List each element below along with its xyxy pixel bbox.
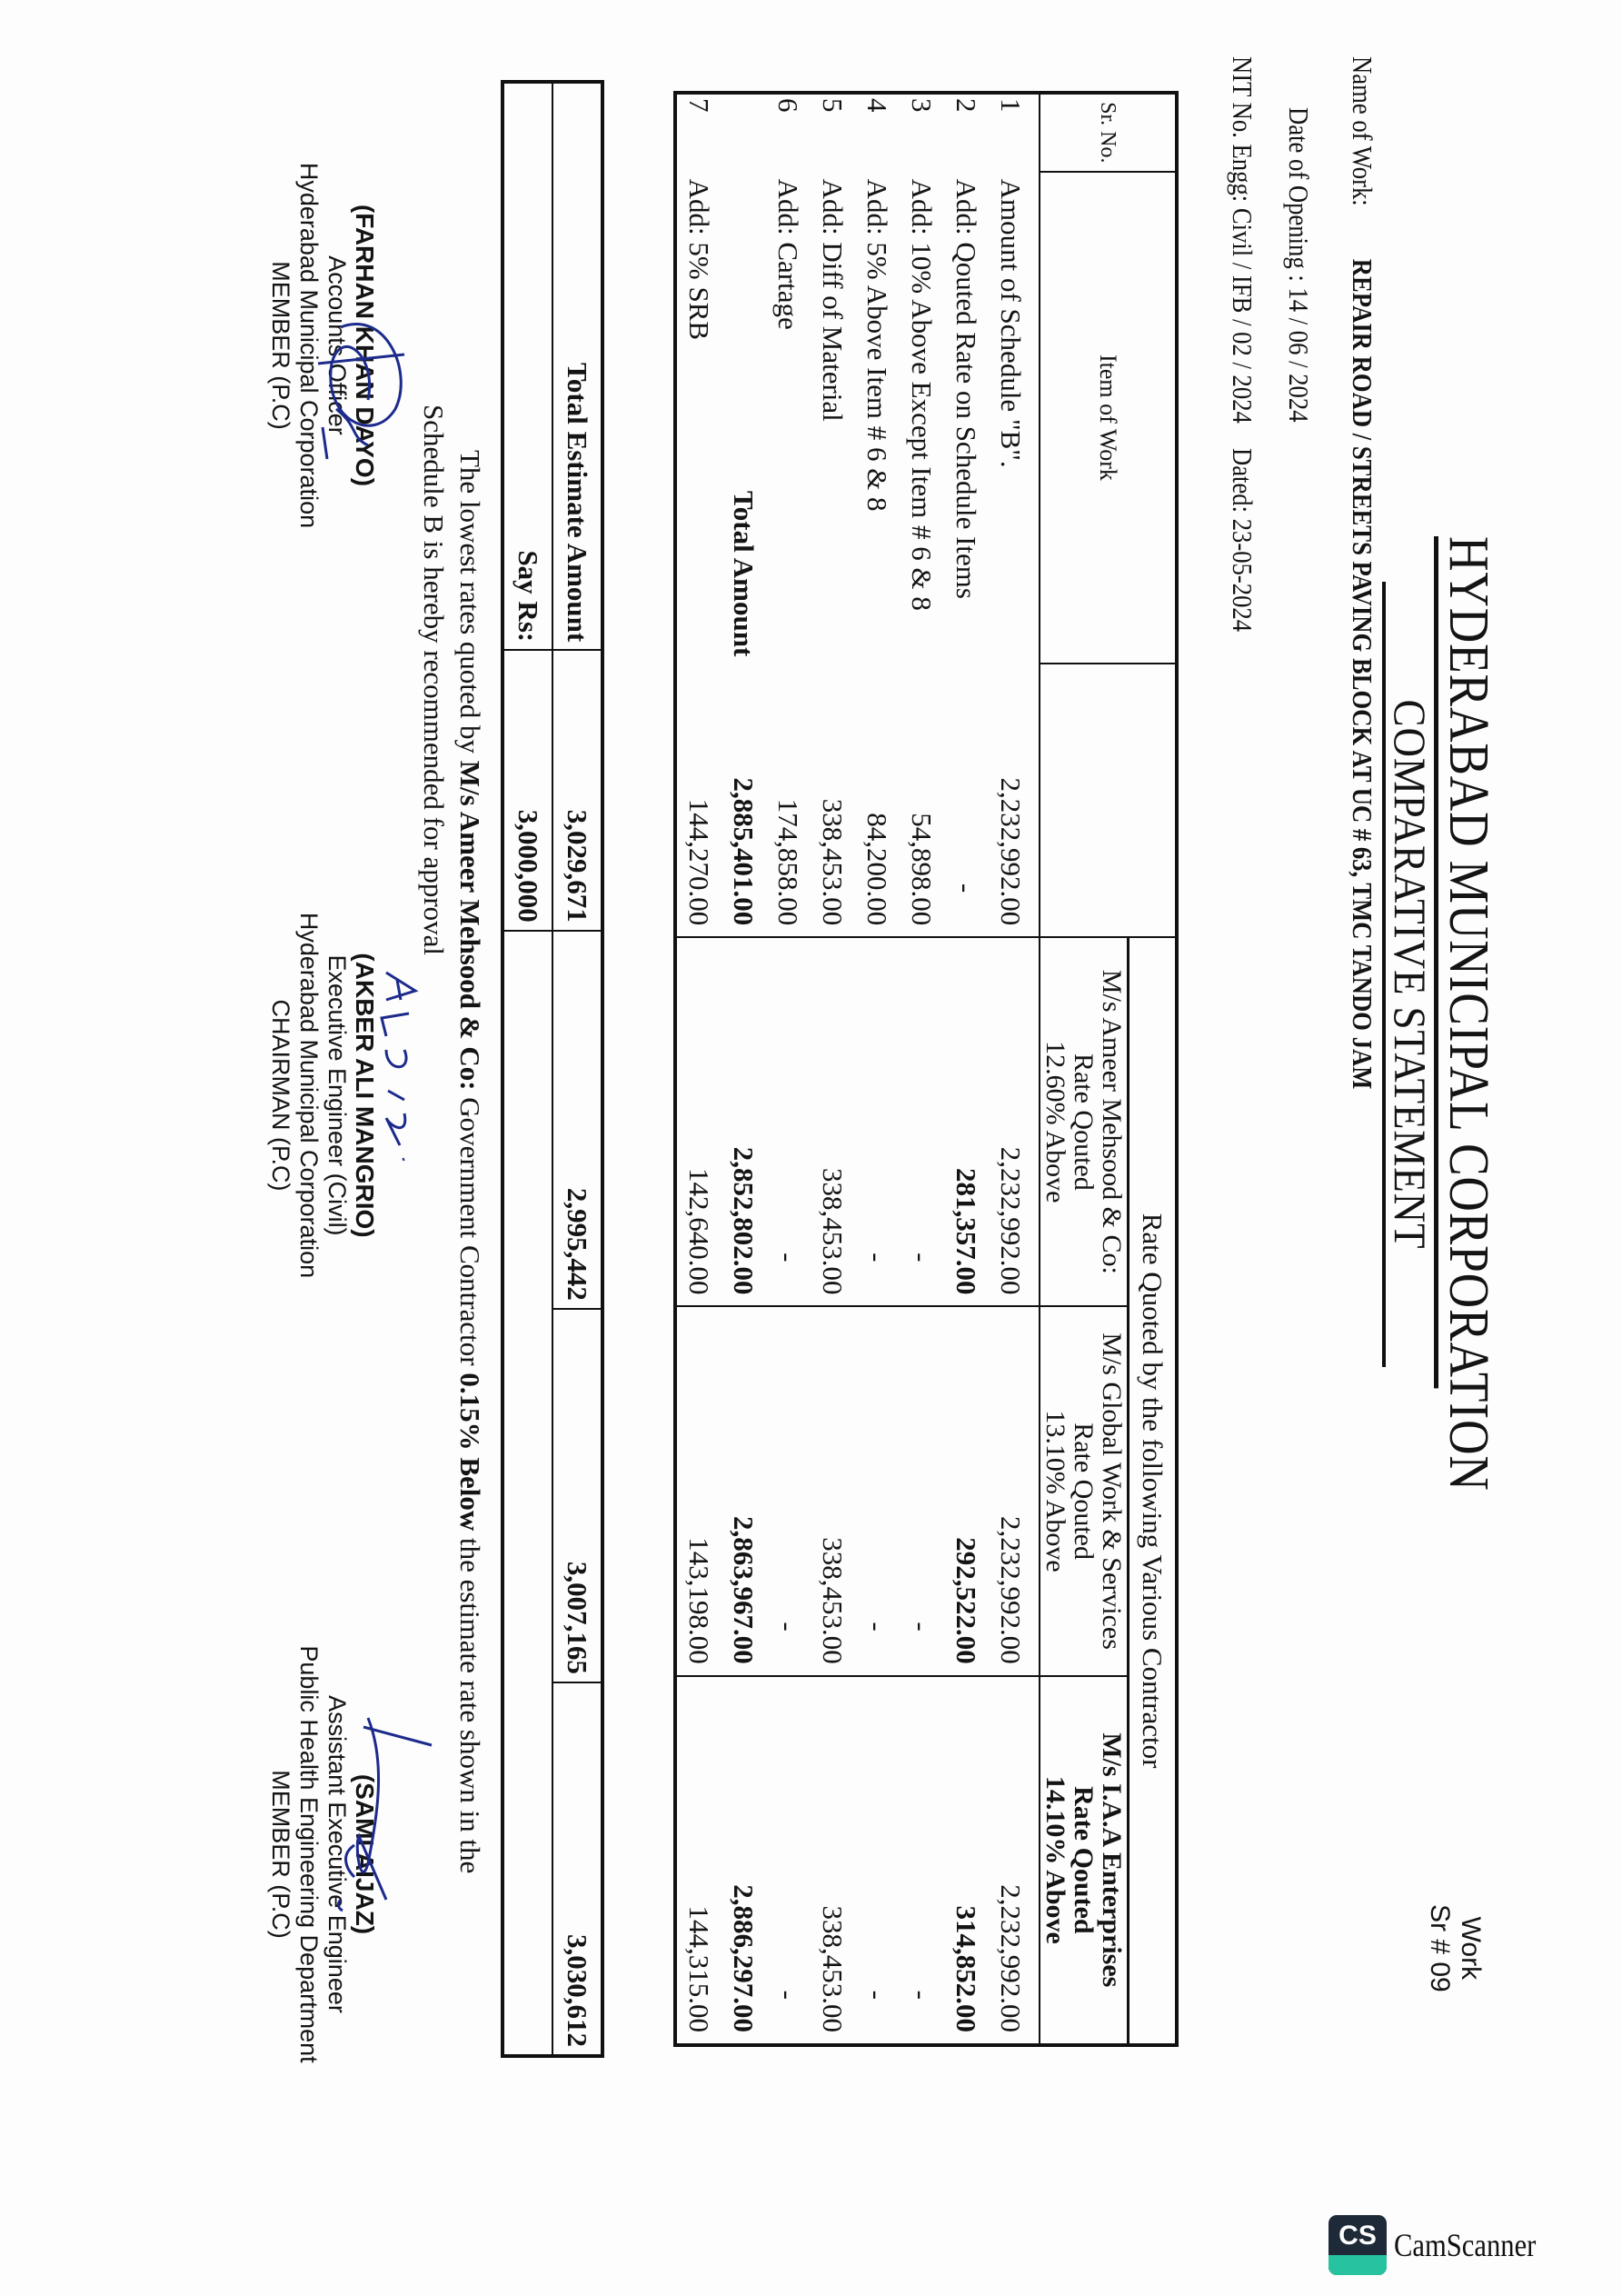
table-row: 1Amount of Schedule "B".2,232,992.002,23… [989, 93, 1040, 2045]
row-contractor-1: - [766, 937, 811, 1306]
row-sr: 1 [989, 93, 1040, 172]
organization-title: HYDERABAD MUNICIPAL CORPORATION [1434, 536, 1497, 1388]
col-header-contractor-1: M/s Ameer Mehsood & Co: Rate Qouted 12.6… [1040, 937, 1129, 1306]
row-item: Add: 5% SRB [675, 172, 721, 664]
signatory-2-org: Hyderabad Municipal Corporation [294, 886, 323, 1304]
row-contractor-1: 281,357.00 [944, 937, 989, 1306]
total-amount-row: Total Amount2,885,401.002,852,802.002,86… [721, 93, 766, 2045]
comparative-table: Sr. No. Item of Work Rate Quoted by the … [673, 91, 1179, 2047]
row-contractor-1: - [900, 937, 944, 1306]
row-estimate: 84,200.00 [855, 664, 900, 937]
contractor-2-total: 3,007,165 [552, 1309, 602, 1682]
row-contractor-3: - [766, 1676, 811, 2045]
signatory-2-title: Executive Engineer (Civil) [323, 886, 351, 1304]
row-estimate: 2,885,401.00 [721, 664, 766, 937]
work-serial-label: Work [1455, 1904, 1486, 1992]
row-contractor-3: 338,453.00 [811, 1676, 855, 2045]
row-sr: 6 [766, 93, 811, 172]
row-estimate: 2,232,992.00 [989, 664, 1040, 937]
lowest-contractor: M/s Ameer Mehsood & Co: [454, 761, 486, 1091]
row-contractor-1: 2,852,802.00 [721, 937, 766, 1306]
row-estimate: 54,898.00 [900, 664, 944, 937]
signature-2-icon [368, 963, 423, 1173]
col-header-contractor-3: M/s I.A.A Enterprises Rate Qouted 14.10%… [1040, 1676, 1129, 2045]
row-contractor-1: 142,640.00 [675, 937, 721, 1306]
row-item: Add: Qouted Rate on Schedule Items [944, 172, 989, 664]
row-estimate: 144,270.00 [675, 664, 721, 937]
col-header-contractor-2: M/s Global Work & Services Rate Qouted 1… [1040, 1306, 1129, 1675]
row-sr: 4 [855, 93, 900, 172]
nit-line: NIT No. Engg: Civil / IFB / 02 / 2024 Da… [1226, 56, 1259, 632]
recommendation-line-1: The lowest rates quoted by M/s Ameer Meh… [453, 450, 486, 1873]
camscanner-brand: CamScanner [1394, 2226, 1536, 2264]
row-sr [721, 93, 766, 172]
signatory-3-role: MEMBER (P.C) [266, 1641, 294, 2068]
col-header-estimate [1040, 664, 1177, 937]
signatory-3-org: Public Health Engineering Department [294, 1641, 323, 2068]
row-estimate: 338,453.00 [811, 664, 855, 937]
row-item: Add: Diff of Material [811, 172, 855, 664]
col-header-sr: Sr. No. [1040, 93, 1177, 172]
row-contractor-2: - [900, 1306, 944, 1675]
nit-number: NIT No. Engg: Civil / IFB / 02 / 2024 [1227, 56, 1259, 424]
signature-3-icon [332, 1709, 441, 1918]
row-contractor-2: - [855, 1306, 900, 1675]
say-rs-value: 3,000,000 [503, 650, 552, 931]
contractor-1-total: 2,995,442 [552, 931, 602, 1309]
row-sr: 7 [675, 93, 721, 172]
camscanner-logo-icon: CS [1328, 2215, 1387, 2275]
row-contractor-1: 338,453.00 [811, 937, 855, 1306]
row-item: Amount of Schedule "B". [989, 172, 1040, 664]
total-estimate-value: 3,029,671 [552, 650, 602, 931]
row-contractor-2: 2,863,967.00 [721, 1306, 766, 1675]
total-estimate-label: Total Estimate Amount [552, 82, 602, 650]
row-sr: 5 [811, 93, 855, 172]
col-header-item: Item of Work [1040, 172, 1177, 664]
table-row: 5Add: Diff of Material338,453.00338,453.… [811, 93, 855, 2045]
totals-table: Total Estimate Amount 3,029,671 2,995,44… [501, 80, 604, 2058]
work-serial: Work Sr # 09 [1424, 1904, 1486, 1992]
row-estimate: - [944, 664, 989, 937]
row-item: Total Amount [721, 172, 766, 664]
row-item: Add: 10% Above Except Item # 6 & 8 [900, 172, 944, 664]
say-rs-label: Say Rs: [503, 82, 552, 650]
signatory-2-role: CHAIRMAN (P.C) [266, 886, 294, 1304]
contractor-3-total: 3,030,612 [552, 1682, 602, 2056]
total-estimate-row: Total Estimate Amount 3,029,671 2,995,44… [552, 82, 602, 2056]
row-contractor-3: - [900, 1676, 944, 2045]
row-item: Add: 5% Above Item # 6 & 8 [855, 172, 900, 664]
signatory-2: (AKBER ALI MANGRIO) Executive Engineer (… [266, 886, 379, 1304]
below-percent: 0.15% Below [454, 1373, 486, 1531]
row-contractor-3: 314,852.00 [944, 1676, 989, 2045]
row-item: Add: Cartage [766, 172, 811, 664]
table-row: 7Add: 5% SRB144,270.00142,640.00143,198.… [675, 93, 721, 2045]
row-contractor-3: 2,232,992.00 [989, 1676, 1040, 2045]
row-sr: 2 [944, 93, 989, 172]
document-page: HYDERABAD MUNICIPAL CORPORATION COMPARAT… [0, 0, 1622, 2296]
row-contractor-2: - [766, 1306, 811, 1675]
recommendation-line-2: Schedule B is hereby recommended for app… [417, 404, 450, 955]
say-rs-row: Say Rs: 3,000,000 [503, 82, 552, 2056]
row-sr: 3 [900, 93, 944, 172]
row-contractor-1: - [855, 937, 900, 1306]
nit-dated: Dated: 23-05-2024 [1227, 448, 1259, 632]
name-of-work-label: Name of Work: [1347, 56, 1378, 206]
row-contractor-2: 338,453.00 [811, 1306, 855, 1675]
row-contractor-2: 143,198.00 [675, 1306, 721, 1675]
row-contractor-2: 292,522.00 [944, 1306, 989, 1675]
date-of-opening: Date of Opening : 14 / 06 / 2024 [1282, 107, 1315, 423]
row-contractor-1: 2,232,992.00 [989, 937, 1040, 1306]
document-title: COMPARATIVE STATEMENT [1382, 582, 1433, 1367]
table-row: 4Add: 5% Above Item # 6 & 884,200.00--- [855, 93, 900, 2045]
name-of-work-line: Name of Work: REPAIR ROAD / STREETS PAVI… [1346, 56, 1378, 1089]
camscanner-watermark: CS CamScanner [1328, 2215, 1561, 2275]
row-contractor-3: - [855, 1676, 900, 2045]
table-row: 2Add: Qouted Rate on Schedule Items-281,… [944, 93, 989, 2045]
row-contractor-3: 2,886,297.00 [721, 1676, 766, 2045]
signatory-1-role: MEMBER (P.C) [266, 155, 294, 536]
signature-1-icon [304, 300, 423, 482]
name-of-work-value: REPAIR ROAD / STREETS PAVING BLOCK AT UC… [1347, 259, 1378, 1090]
table-row: 6Add: Cartage174,858.00--- [766, 93, 811, 2045]
col-header-contractors-group: Rate Quoted by the following Various Con… [1129, 937, 1178, 2045]
row-contractor-3: 144,315.00 [675, 1676, 721, 2045]
work-serial-value: Sr # 09 [1424, 1904, 1455, 1992]
row-estimate: 174,858.00 [766, 664, 811, 937]
table-row: 3Add: 10% Above Except Item # 6 & 854,89… [900, 93, 944, 2045]
row-contractor-2: 2,232,992.00 [989, 1306, 1040, 1675]
